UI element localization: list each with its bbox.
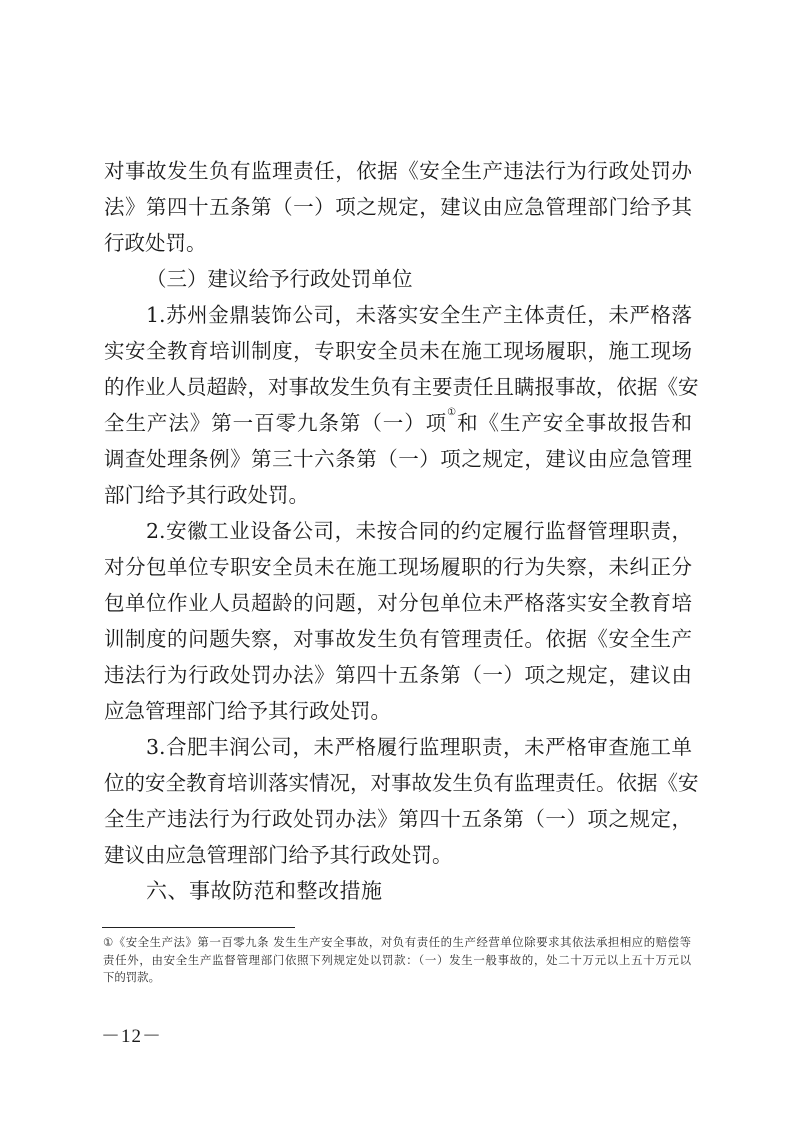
body-line: 对分包单位专职安全员未在施工现场履职的行为失察，未纠正分 bbox=[104, 549, 692, 585]
body-line: 的作业人员超龄，对事故发生负有主要责任且瞒报事故，依据《安 bbox=[104, 369, 692, 405]
body-line: 实安全教育培训制度，专职安全员未在施工现场履职，施工现场 bbox=[104, 333, 692, 369]
body-line: 全生产违法行为行政处罚办法》第四十五条第（一）项之规定， bbox=[104, 801, 692, 837]
body-line: 违法行为行政处罚办法》第四十五条第（一）项之规定，建议由 bbox=[104, 657, 692, 693]
body-line: 部门给予其行政处罚。 bbox=[104, 477, 692, 513]
section-heading-3: （三）建议给予行政处罚单位 bbox=[104, 261, 692, 297]
body-line: 法》第四十五条第（一）项之规定，建议由应急管理部门给予其 bbox=[104, 189, 692, 225]
footnote-line: 责任外，由安全生产监督管理部门依照下列规定处以罚款：（一）发生一般事故的，处二十… bbox=[103, 952, 691, 970]
body-line-part: 全生产法》第一百零九条第（一）项 bbox=[104, 411, 447, 435]
body-line: 调查处理条例》第三十六条第（一）项之规定，建议由应急管理 bbox=[104, 441, 692, 477]
section-heading-6: 六、事故防范和整改措施 bbox=[104, 873, 692, 909]
footnote: ①《安全生产法》第一百零九条 发生生产安全事故，对负有责任的生产经营单位除要求其… bbox=[103, 934, 691, 987]
body-line-with-footnote: 全生产法》第一百零九条第（一）项①和《生产安全事故报告和 bbox=[104, 405, 692, 441]
body-text: 对事故发生负有监理责任，依据《安全生产违法行为行政处罚办 法》第四十五条第（一）… bbox=[104, 153, 692, 909]
body-line: 行政处罚。 bbox=[104, 225, 692, 261]
footnote-reference[interactable]: ① bbox=[447, 407, 457, 418]
body-line: 包单位作业人员超龄的问题，对分包单位未严格落实安全教育培 bbox=[104, 585, 692, 621]
body-line: 应急管理部门给予其行政处罚。 bbox=[104, 693, 692, 729]
body-line-part: 和《生产安全事故报告和 bbox=[457, 411, 692, 435]
body-line: 训制度的问题失察，对事故发生负有管理责任。依据《安全生产 bbox=[104, 621, 692, 657]
body-line: 建议由应急管理部门给予其行政处罚。 bbox=[104, 837, 692, 873]
footnote-separator bbox=[102, 927, 295, 928]
page-number: －12－ bbox=[101, 1024, 162, 1050]
list-item-3-start: 3.合肥丰润公司，未严格履行监理职责，未严格审查施工单 bbox=[104, 729, 692, 765]
body-line: 对事故发生负有监理责任，依据《安全生产违法行为行政处罚办 bbox=[104, 153, 692, 189]
footnote-line: ①《安全生产法》第一百零九条 发生生产安全事故，对负有责任的生产经营单位除要求其… bbox=[103, 934, 691, 952]
list-item-1-start: 1.苏州金鼎装饰公司，未落实安全生产主体责任，未严格落 bbox=[104, 297, 692, 333]
document-page: 对事故发生负有监理责任，依据《安全生产违法行为行政处罚办 法》第四十五条第（一）… bbox=[0, 0, 793, 1122]
body-line: 位的安全教育培训落实情况，对事故发生负有监理责任。依据《安 bbox=[104, 765, 692, 801]
list-item-2-start: 2.安徽工业设备公司，未按合同的约定履行监督管理职责， bbox=[104, 513, 692, 549]
footnote-line: 下的罚款。 bbox=[103, 969, 691, 987]
